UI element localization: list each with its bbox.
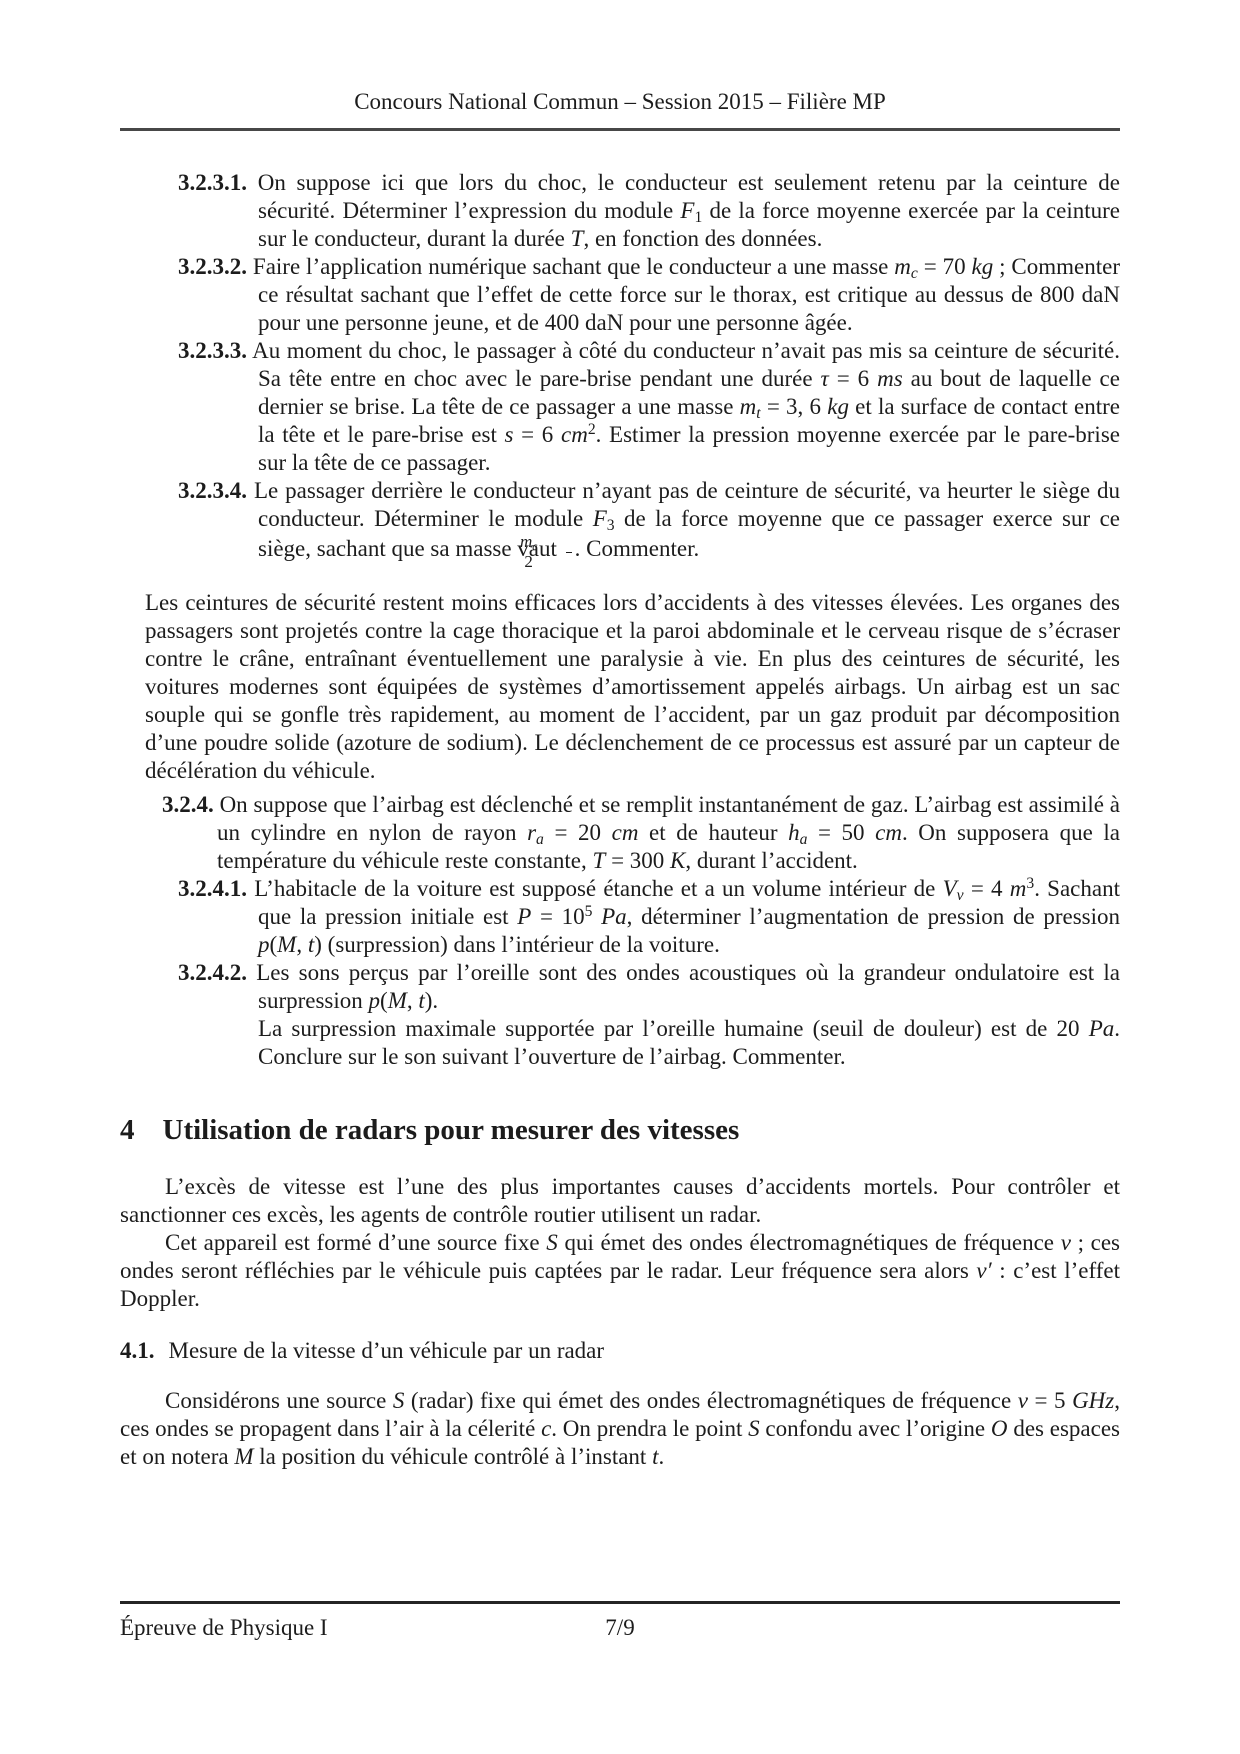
question-label: 3.2.3.2. [178,254,247,279]
question-3-2-3-2: 3.2.3.2. Faire l’application numérique s… [120,253,1120,337]
section-number: 4 [120,1113,135,1147]
footer-row: Épreuve de Physique I 7/9 [120,1613,1120,1643]
header-title: Concours National Commun – Session 2015 … [120,0,1120,116]
section-4-paragraph-1: L’excès de vitesse est l’une des plus im… [120,1173,1120,1229]
section-4-paragraph-3: Considérons une source S (radar) fixe qu… [120,1387,1120,1471]
question-body: Le passager derrière le conducteur n’aya… [254,478,1120,561]
question-label: 3.2.4.2. [178,960,247,985]
question-3-2-3-1: 3.2.3.1. On suppose ici que lors du choc… [120,169,1120,253]
question-body: Faire l’application numérique sachant qu… [253,254,1120,335]
page-footer: Épreuve de Physique I 7/9 [120,1601,1120,1643]
question-label: 3.2.4.1. [178,876,247,901]
footer-page-number: 7/9 [605,1613,634,1643]
question-body: On suppose ici que lors du choc, le cond… [258,170,1120,251]
section-4-paragraph-2: Cet appareil est formé d’une source fixe… [120,1229,1120,1313]
question-body: On suppose que l’airbag est déclenché et… [217,792,1120,873]
question-3-2-4-2-continuation: La surpression maximale supportée par l’… [120,1015,1120,1071]
question-body: L’habitacle de la voiture est supposé ét… [254,876,1120,957]
section-4-heading: 4Utilisation de radars pour mesurer des … [120,1113,1120,1147]
question-3-2-4-1: 3.2.4.1. L’habitacle de la voiture est s… [120,875,1120,959]
subsection-4-1-heading: 4.1.Mesure de la vitesse d’un véhicule p… [120,1337,1120,1365]
question-body: Les sons perçus par l’oreille sont des o… [256,960,1120,1013]
paragraph-airbag-intro: Les ceintures de sécurité restent moins … [145,589,1120,785]
footer-rule [120,1601,1120,1604]
question-3-2-3-3: 3.2.3.3. Au moment du choc, le passager … [120,337,1120,477]
question-3-2-3-4: 3.2.3.4. Le passager derrière le conduct… [120,477,1120,571]
document-page: Concours National Commun – Session 2015 … [0,0,1240,1754]
question-label: 3.2.3.1. [178,170,247,195]
question-body: Au moment du choc, le passager à côté du… [252,338,1120,475]
header-rule [120,128,1120,131]
question-3-2-4: 3.2.4. On suppose que l’airbag est décle… [120,791,1120,875]
page-header: Concours National Commun – Session 2015 … [120,0,1120,131]
question-label: 3.2.3.4. [178,478,247,503]
subsection-label: 4.1. [120,1338,155,1363]
section-title: Utilisation de radars pour mesurer des v… [163,1113,740,1147]
question-label: 3.2.3.3. [178,338,247,363]
question-3-2-4-2: 3.2.4.2. Les sons perçus par l’oreille s… [120,959,1120,1015]
footer-doc-title: Épreuve de Physique I [120,1615,328,1640]
subsection-title: Mesure de la vitesse d’un véhicule par u… [169,1338,605,1363]
page-content: 3.2.3.1. On suppose ici que lors du choc… [120,169,1120,1471]
question-label: 3.2.4. [162,792,214,817]
